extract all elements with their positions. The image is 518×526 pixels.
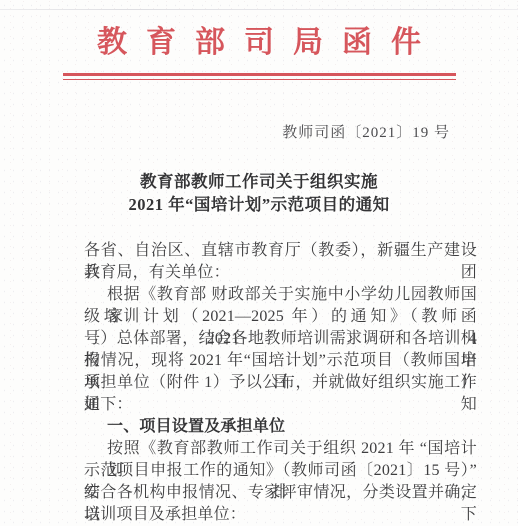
body-line: 号）总体部署，结合各地教师培训需求调研和各培训机构申 <box>84 328 477 350</box>
body-line: 结合各机构申报情况、专家评审情况，分类设置并确定以下 <box>84 482 477 504</box>
document-number: 教师司函〔2021〕19 号 <box>0 125 518 141</box>
notice-title: 教育部教师工作司关于组织实施 2021 年“国培计划”示范项目的通知 <box>0 170 518 216</box>
notice-title-line1: 教育部教师工作司关于组织实施 <box>0 170 518 193</box>
scanned-letter-page: 教育部司局函件 教师司函〔2021〕19 号 教育部教师工作司关于组织实施 20… <box>0 0 518 526</box>
letterhead-title: 教育部司局函件 <box>0 27 518 58</box>
scan-artifact-line <box>0 9 518 10</box>
body-line: 根据《教育部 财政部关于实施中小学幼儿园教师国家 <box>84 284 477 306</box>
body-line: 示范项目申报工作的通知》（教师司函〔2021〕15 号）安排， <box>84 460 477 482</box>
body-line: 各省、自治区、直辖市教育厅（教委），新疆生产建设兵团 <box>84 240 477 262</box>
body-line: 一、项目设置及承担单位 <box>84 416 477 438</box>
body-line: 级培训计划（2021—2025 年）的通知》（教师函〔2021〕4 <box>84 306 477 328</box>
body-line: 按照《教育部教师工作司关于组织 2021 年 “国培计划” <box>84 438 477 460</box>
document-body: 各省、自治区、直辖市教育厅（教委），新疆生产建设兵团教育局，有关单位：根据《教育… <box>0 240 518 526</box>
body-line: 报情况，现将 2021 年“国培计划”示范项目（教师国培项目） <box>84 350 477 372</box>
body-line: 承担单位（附件 1）予以公布，并就做好组织实施工作通知 <box>84 372 477 394</box>
letterhead-double-rule <box>63 73 456 80</box>
notice-title-line2: 2021 年“国培计划”示范项目的通知 <box>0 193 518 216</box>
